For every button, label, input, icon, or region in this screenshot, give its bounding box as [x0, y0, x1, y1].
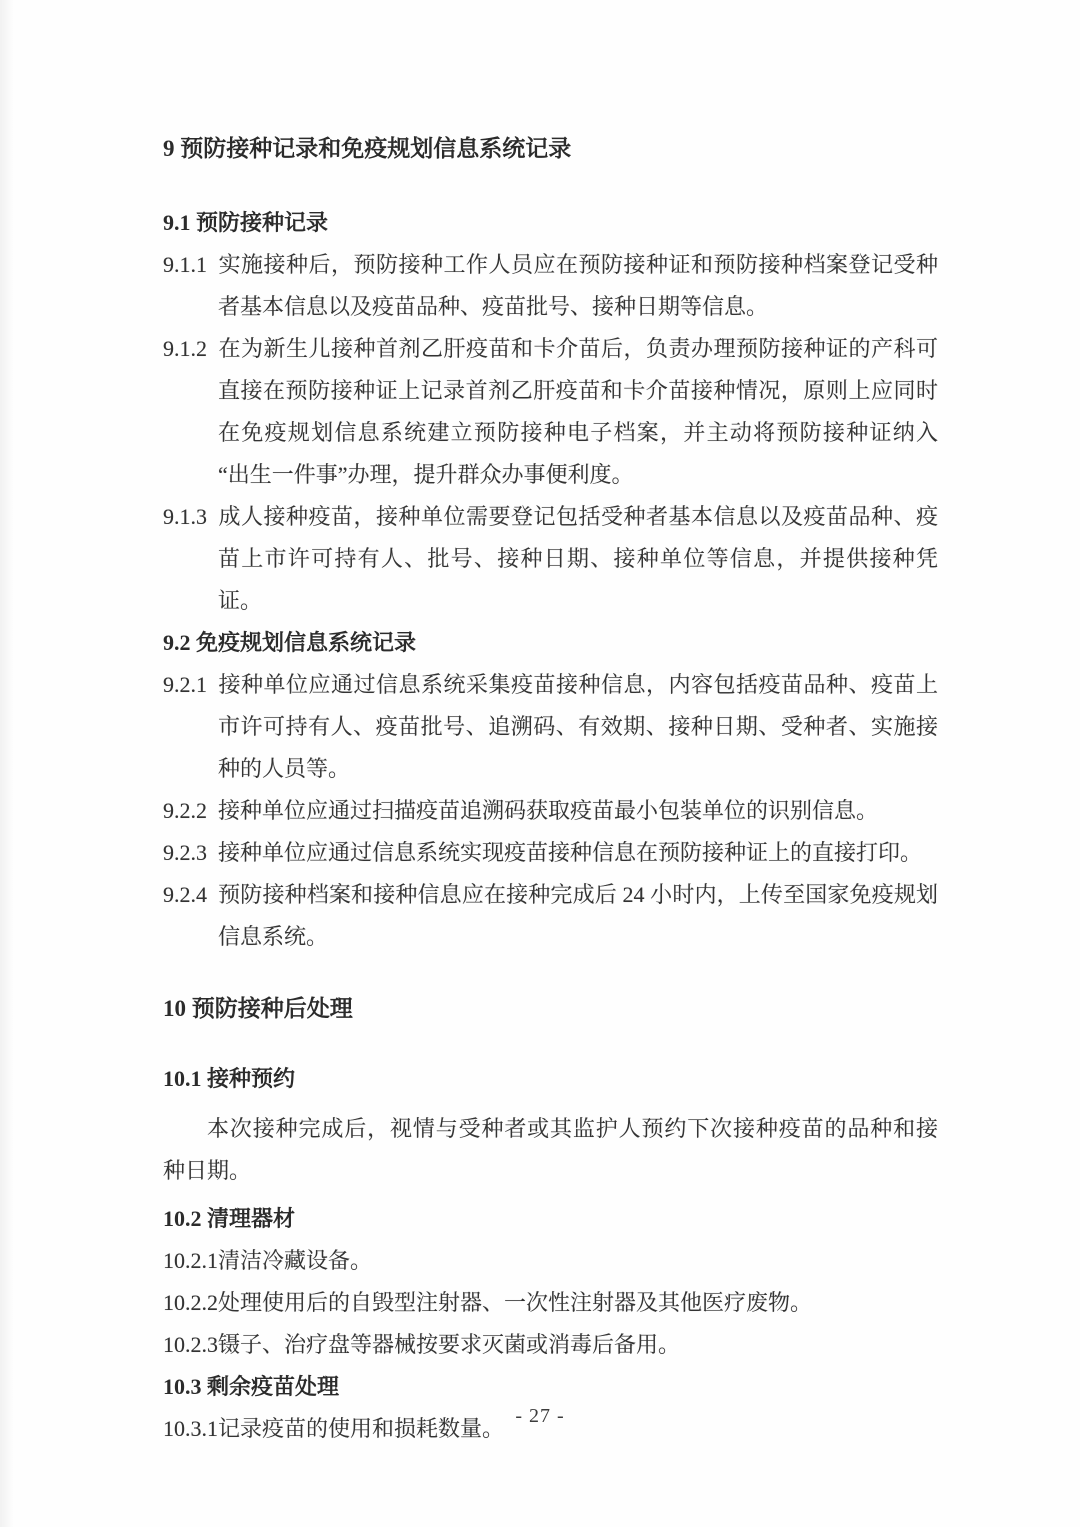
item-number: 9.1.2: [163, 328, 218, 370]
item-number: 9.1.3: [163, 496, 218, 538]
item-text: 接种单位应通过信息系统采集疫苗接种信息，内容包括疫苗品种、疫苗上: [218, 672, 938, 697]
document-page: 9 预防接种记录和免疫规划信息系统记录 9.1 预防接种记录 9.1.1实施接种…: [0, 0, 1080, 1527]
item-9-2-3: 9.2.3接种单位应通过信息系统实现疫苗接种信息在预防接种证上的直接打印。: [163, 832, 938, 874]
item-line: 9.1.2在为新生儿接种首剂乙肝疫苗和卡介苗后，负责办理预防接种证的产科可: [163, 328, 938, 370]
item-line: 9.2.2接种单位应通过扫描疫苗追溯码获取疫苗最小包装单位的识别信息。: [163, 790, 938, 832]
item-line: 9.2.1接种单位应通过信息系统采集疫苗接种信息，内容包括疫苗品种、疫苗上: [163, 664, 938, 706]
item-line: 在免疫规划信息系统建立预防接种电子档案，并主动将预防接种证纳入: [163, 412, 938, 454]
item-number: 10.2.1: [163, 1240, 218, 1282]
item-line: 信息系统。: [163, 916, 938, 958]
paragraph-line: 种日期。: [163, 1150, 938, 1192]
item-line: 10.2.2处理使用后的自毁型注射器、一次性注射器及其他医疗废物。: [163, 1282, 938, 1324]
item-number: 10.2.3: [163, 1324, 218, 1366]
heading-section-9-2: 9.2 免疫规划信息系统记录: [163, 622, 938, 664]
item-line: 直接在预防接种证上记录首剂乙肝疫苗和卡介苗接种情况，原则上应同时: [163, 370, 938, 412]
heading-section-9-1: 9.1 预防接种记录: [163, 202, 938, 244]
item-text: 在为新生儿接种首剂乙肝疫苗和卡介苗后，负责办理预防接种证的产科可: [218, 336, 938, 361]
item-line: 市许可持有人、疫苗批号、追溯码、有效期、接种日期、受种者、实施接: [163, 706, 938, 748]
item-9-1-2: 9.1.2在为新生儿接种首剂乙肝疫苗和卡介苗后，负责办理预防接种证的产科可 直接…: [163, 328, 938, 496]
page-number: - 27 -: [0, 1402, 1080, 1430]
paragraph-line: 本次接种完成后，视情与受种者或其监护人预约下次接种疫苗的品种和接: [163, 1108, 938, 1150]
item-9-1-1: 9.1.1实施接种后，预防接种工作人员应在预防接种证和预防接种档案登记受种 者基…: [163, 244, 938, 328]
item-text: 镊子、治疗盘等器械按要求灭菌或消毒后备用。: [218, 1332, 680, 1357]
item-line: 9.2.3接种单位应通过信息系统实现疫苗接种信息在预防接种证上的直接打印。: [163, 832, 938, 874]
item-text: 接种单位应通过扫描疫苗追溯码获取疫苗最小包装单位的识别信息。: [218, 798, 878, 823]
item-10-2-3: 10.2.3镊子、治疗盘等器械按要求灭菌或消毒后备用。: [163, 1324, 938, 1366]
heading-section-10: 10 预防接种后处理: [163, 988, 938, 1030]
item-number: 9.1.1: [163, 244, 218, 286]
item-text: 处理使用后的自毁型注射器、一次性注射器及其他医疗废物。: [218, 1290, 812, 1315]
item-text: 预防接种档案和接种信息应在接种完成后 24 小时内，上传至国家免疫规划: [218, 882, 938, 907]
heading-section-10-1: 10.1 接种预约: [163, 1058, 938, 1100]
item-text: 清洁冷藏设备。: [218, 1248, 372, 1273]
item-number: 10.2.2: [163, 1282, 218, 1324]
item-line: 10.2.3镊子、治疗盘等器械按要求灭菌或消毒后备用。: [163, 1324, 938, 1366]
item-10-2-1: 10.2.1清洁冷藏设备。: [163, 1240, 938, 1282]
item-text: 接种单位应通过信息系统实现疫苗接种信息在预防接种证上的直接打印。: [218, 840, 922, 865]
item-text: 实施接种后，预防接种工作人员应在预防接种证和预防接种档案登记受种: [218, 252, 938, 277]
item-9-2-4: 9.2.4预防接种档案和接种信息应在接种完成后 24 小时内，上传至国家免疫规划…: [163, 874, 938, 958]
heading-section-9: 9 预防接种记录和免疫规划信息系统记录: [163, 128, 938, 170]
item-number: 9.2.1: [163, 664, 218, 706]
item-line: 9.2.4预防接种档案和接种信息应在接种完成后 24 小时内，上传至国家免疫规划: [163, 874, 938, 916]
item-line: 9.1.1实施接种后，预防接种工作人员应在预防接种证和预防接种档案登记受种: [163, 244, 938, 286]
item-number: 9.2.3: [163, 832, 218, 874]
item-line: 者基本信息以及疫苗品种、疫苗批号、接种日期等信息。: [163, 286, 938, 328]
document-content: 9 预防接种记录和免疫规划信息系统记录 9.1 预防接种记录 9.1.1实施接种…: [163, 128, 938, 1450]
item-number: 9.2.4: [163, 874, 218, 916]
item-9-2-1: 9.2.1接种单位应通过信息系统采集疫苗接种信息，内容包括疫苗品种、疫苗上 市许…: [163, 664, 938, 790]
item-line: 10.2.1清洁冷藏设备。: [163, 1240, 938, 1282]
item-line: 种的人员等。: [163, 748, 938, 790]
paragraph-10-1: 本次接种完成后，视情与受种者或其监护人预约下次接种疫苗的品种和接 种日期。: [163, 1108, 938, 1192]
item-line: “出生一件事”办理，提升群众办事便利度。: [163, 454, 938, 496]
item-number: 9.2.2: [163, 790, 218, 832]
heading-section-10-2: 10.2 清理器材: [163, 1198, 938, 1240]
item-9-2-2: 9.2.2接种单位应通过扫描疫苗追溯码获取疫苗最小包装单位的识别信息。: [163, 790, 938, 832]
item-line: 9.1.3成人接种疫苗，接种单位需要登记包括受种者基本信息以及疫苗品种、疫: [163, 496, 938, 538]
item-line: 苗上市许可持有人、批号、接种日期、接种单位等信息，并提供接种凭证。: [163, 538, 938, 622]
item-9-1-3: 9.1.3成人接种疫苗，接种单位需要登记包括受种者基本信息以及疫苗品种、疫 苗上…: [163, 496, 938, 622]
item-10-2-2: 10.2.2处理使用后的自毁型注射器、一次性注射器及其他医疗废物。: [163, 1282, 938, 1324]
item-text: 成人接种疫苗，接种单位需要登记包括受种者基本信息以及疫苗品种、疫: [218, 504, 938, 529]
